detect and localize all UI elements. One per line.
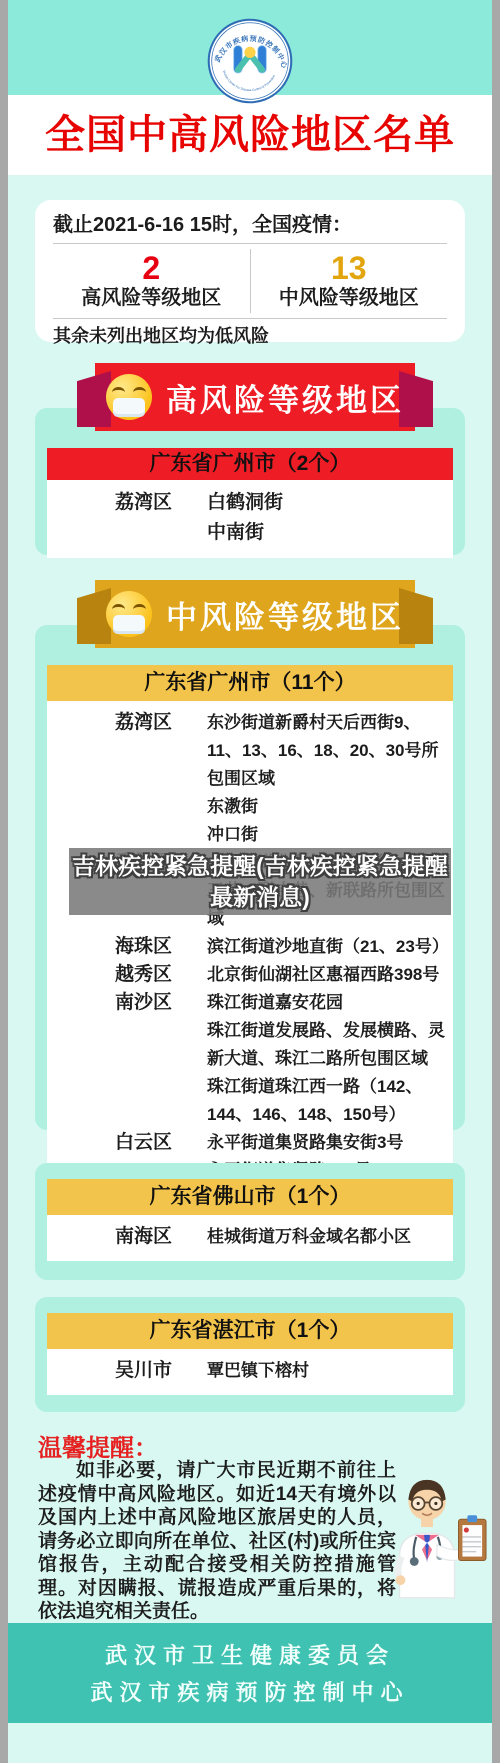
- district-label: 海珠区: [115, 933, 207, 961]
- watermark-text: 吉林疾控紧急提醒(吉林疾控紧急提醒最新消息): [69, 851, 451, 913]
- medium-risk-zhanjiang-card: 广东省湛江市（1个）吴川市覃巴镇下榕村: [35, 1297, 465, 1412]
- stat-high: 2 高风险等级地区: [53, 249, 250, 313]
- reminder-title: 温馨提醒：: [38, 1428, 158, 1463]
- place-list: 珠江街道嘉安花园珠江街道发展路、发展横路、灵新大道、珠江二路所包围区域珠江街道珠…: [207, 989, 453, 1129]
- high-risk-count: 2: [53, 251, 250, 285]
- city-name-strip: 广东省广州市（2个）: [47, 448, 453, 480]
- medium-risk-count: 13: [251, 251, 448, 285]
- medium-risk-foshan-card: 广东省佛山市（1个）南海区桂城街道万科金域名都小区: [35, 1163, 465, 1280]
- district-row: 越秀区北京街仙湖社区惠福西路398号: [47, 961, 453, 989]
- doctor-illustration-icon: [370, 1462, 488, 1600]
- place-item: 永平街道集贤路集安街3号: [207, 1129, 449, 1157]
- district-row: 南海区桂城街道万科金域名都小区: [47, 1223, 453, 1251]
- ribbon-flap-right: [399, 588, 433, 644]
- poster: 武汉市疾病预防控制中心 Wuhan Center For Disease Con…: [8, 0, 492, 1763]
- footer-org-1: 武汉市卫生健康委员会: [105, 1639, 395, 1670]
- district-label: 白云区: [115, 1129, 207, 1157]
- page-title: 全国中高风险地区名单: [8, 95, 492, 175]
- city-body: 吴川市覃巴镇下榕村: [47, 1349, 453, 1395]
- medium-risk-banner: 中风险等级地区: [95, 580, 415, 648]
- mask-emoji-icon: [106, 374, 152, 420]
- reminder-body: 如非必要，请广大市民近期不前往上述疫情中高风险地区。如近14天有境外以及国内上述…: [38, 1459, 396, 1624]
- district-label: 荔湾区: [115, 709, 207, 737]
- ribbon-flap-right: [399, 371, 433, 427]
- place-item: 北京街仙湖社区惠福西路398号: [207, 961, 449, 989]
- place-item: 珠江街道嘉安花园: [207, 989, 449, 1017]
- district-label: 越秀区: [115, 961, 207, 989]
- city-name-strip: 广东省佛山市（1个）: [47, 1179, 453, 1215]
- district-row: 荔湾区东沙街道新爵村天后西街9、11、13、16、18、20、30号所包围区域东…: [47, 709, 453, 849]
- city-body: 南海区桂城街道万科金域名都小区: [47, 1215, 453, 1261]
- medium-risk-label: 中风险等级地区: [251, 285, 448, 311]
- footer-org-2: 武汉市疾病预防控制中心: [90, 1676, 409, 1707]
- place-item: 白鹤洞街: [207, 488, 449, 518]
- wuhan-cdc-logo-icon: 武汉市疾病预防控制中心 Wuhan Center For Disease Con…: [207, 18, 293, 104]
- city-body: 荔湾区东沙街道新爵村天后西街9、11、13、16、18、20、30号所包围区域东…: [47, 701, 453, 1195]
- place-item: 滨江街道沙地直街（21、23号）: [207, 933, 449, 961]
- place-item: 覃巴镇下榕村: [207, 1357, 449, 1385]
- place-list: 东沙街道新爵村天后西街9、11、13、16、18、20、30号所包围区域东漖街冲…: [207, 709, 453, 849]
- place-item: 中南街: [207, 518, 449, 548]
- district-row: 吴川市覃巴镇下榕村: [47, 1357, 453, 1385]
- district-label: 荔湾区: [115, 488, 207, 518]
- place-item: 东沙街道新爵村天后西街9、11、13、16、18、20、30号所包围区域: [207, 709, 449, 793]
- district-label: 吴川市: [115, 1357, 207, 1385]
- place-item: 珠江街道发展路、发展横路、灵新大道、珠江二路所包围区域: [207, 1017, 449, 1073]
- place-list: 滨江街道沙地直街（21、23号）: [207, 933, 453, 961]
- stats-note: 其余未列出地区均为低风险: [53, 324, 447, 348]
- stats-asof: 截止2021-6-16 15时，全国疫情：: [53, 212, 447, 238]
- district-row: 南沙区珠江街道嘉安花园珠江街道发展路、发展横路、灵新大道、珠江二路所包围区域珠江…: [47, 989, 453, 1129]
- district-row: 荔湾区白鹤洞街中南街: [47, 488, 453, 548]
- medium-risk-banner-label: 中风险等级地区: [166, 592, 404, 637]
- district-label: 南海区: [115, 1223, 207, 1251]
- high-risk-banner-label: 高风险等级地区: [166, 375, 404, 420]
- footer-band: 武汉市卫生健康委员会 武汉市疾病预防控制中心: [8, 1623, 492, 1723]
- place-list: 北京街仙湖社区惠福西路398号: [207, 961, 453, 989]
- city-body: 荔湾区白鹤洞街中南街: [47, 480, 453, 558]
- place-list: 桂城街道万科金域名都小区: [207, 1223, 453, 1251]
- city-name-strip: 广东省湛江市（1个）: [47, 1313, 453, 1349]
- place-list: 白鹤洞街中南街: [207, 488, 453, 548]
- stats-row: 2 高风险等级地区 13 中风险等级地区: [53, 249, 447, 313]
- place-item: 珠江街道珠江西一路（142、144、146、148、150号）: [207, 1073, 449, 1129]
- stat-medium: 13 中风险等级地区: [251, 249, 448, 313]
- place-item: 桂城街道万科金域名都小区: [207, 1223, 449, 1251]
- watermark-overlay: 吉林疾控紧急提醒(吉林疾控紧急提醒最新消息): [69, 848, 451, 915]
- place-item: 东漖街: [207, 793, 449, 821]
- high-risk-banner: 高风险等级地区: [95, 363, 415, 431]
- mask-emoji-icon: [106, 591, 152, 637]
- place-item: 冲口街: [207, 821, 449, 849]
- divider: [53, 243, 447, 244]
- district-row: 海珠区滨江街道沙地直街（21、23号）: [47, 933, 453, 961]
- divider: [53, 318, 447, 319]
- high-risk-label: 高风险等级地区: [53, 285, 250, 311]
- place-list: 覃巴镇下榕村: [207, 1357, 453, 1385]
- district-label: 南沙区: [115, 989, 207, 1017]
- stats-card: 截止2021-6-16 15时，全国疫情： 2 高风险等级地区 13 中风险等级…: [35, 200, 465, 342]
- city-name-strip: 广东省广州市（11个）: [47, 665, 453, 701]
